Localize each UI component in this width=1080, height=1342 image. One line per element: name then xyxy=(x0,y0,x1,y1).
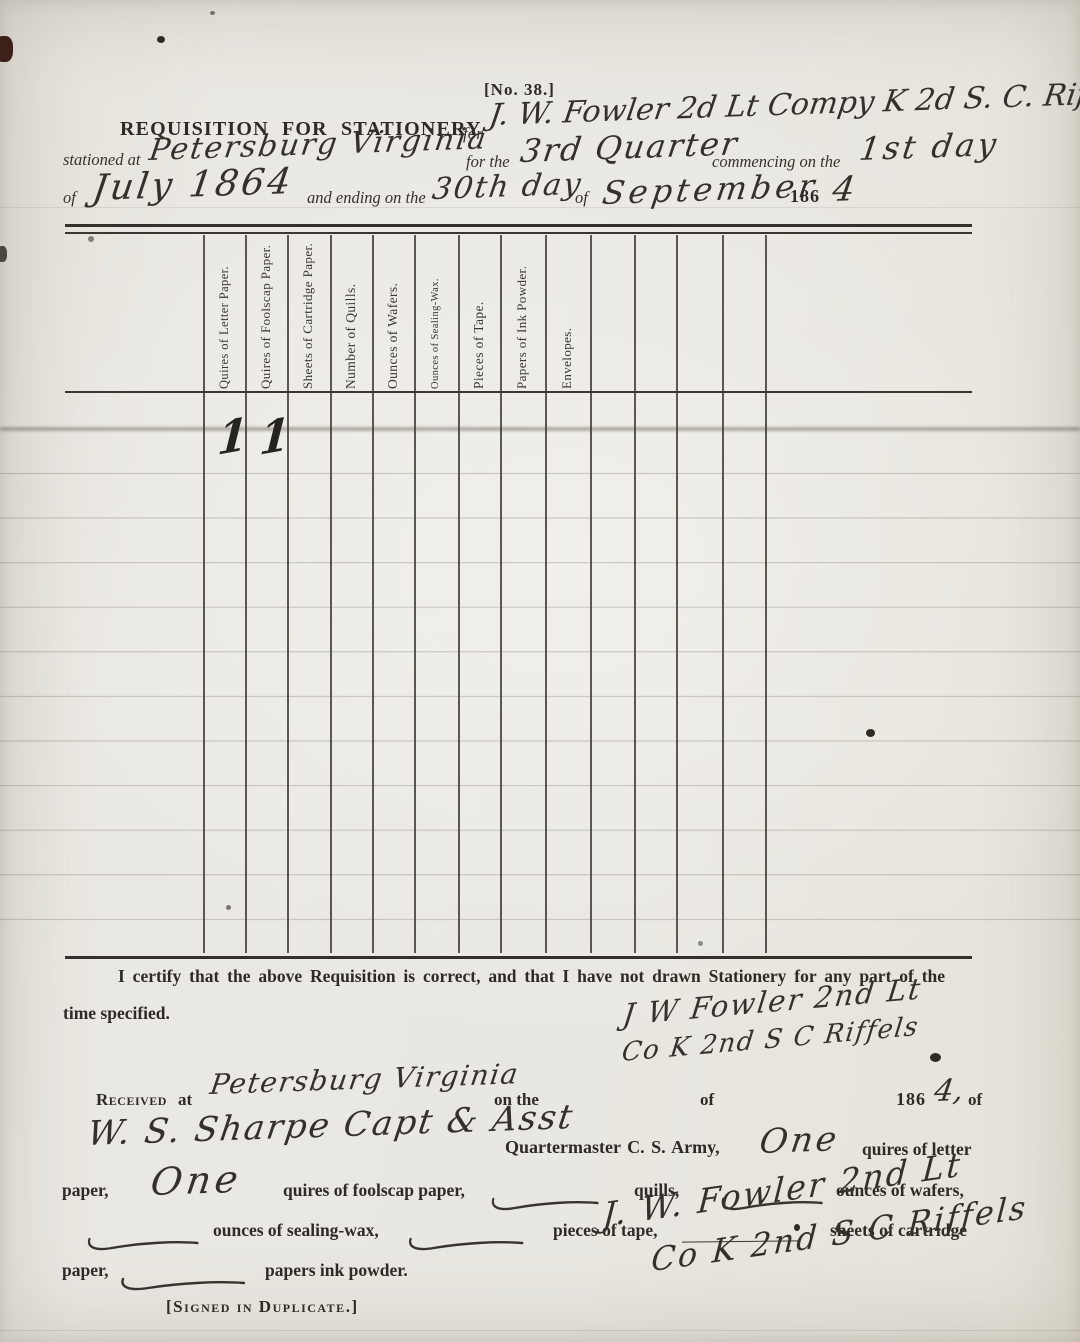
edge-stain xyxy=(0,36,13,62)
column-header-3: Number of Quills. xyxy=(332,238,370,389)
ending-label: and ending on the xyxy=(307,188,426,208)
column-header-label: Ounces of Wafers. xyxy=(385,238,400,389)
table-entry-value: 1 xyxy=(258,412,291,463)
start-month-handwritten: July 1864 xyxy=(90,161,296,209)
qty-foolscap-handwritten: One xyxy=(148,1157,245,1204)
column-header-0: Quires of Letter Paper. xyxy=(205,238,243,389)
column-header-label: Ounces of Sealing-Wax. xyxy=(430,238,442,389)
ink-powder-label: papers ink powder. xyxy=(265,1260,408,1281)
table-column-line xyxy=(722,235,724,953)
column-header-label: Papers of Ink Powder. xyxy=(515,238,530,389)
scanned-requisition-document: [No. 38.] REQUISITION FOR STATIONERY for… xyxy=(0,0,1080,1342)
ending-day-handwritten: 30th day xyxy=(430,167,585,207)
column-header-2: Sheets of Cartridge Paper. xyxy=(289,238,328,389)
table-header-bottom-line xyxy=(65,391,972,393)
column-header-label: Sheets of Cartridge Paper. xyxy=(301,238,316,389)
blank-flourish xyxy=(406,1230,526,1256)
end-month-handwritten: September xyxy=(600,167,821,212)
column-header-6: Pieces of Tape. xyxy=(460,238,498,389)
column-header-7: Papers of Ink Powder. xyxy=(502,238,543,389)
received-year-printed: 186 xyxy=(896,1089,926,1110)
ink-speck xyxy=(930,1053,941,1062)
received-label: Received xyxy=(96,1090,167,1110)
blank-flourish xyxy=(85,1230,201,1256)
signed-in-duplicate-label: [Signed in Duplicate.] xyxy=(166,1297,359,1317)
table-column-line xyxy=(590,235,592,953)
received-of-label: of xyxy=(700,1090,714,1110)
stationery-table: Quires of Letter Paper.1Quires of Foolsc… xyxy=(65,224,972,959)
officer-name-handwritten: J. W. Fowler 2d Lt Compy K 2d S. C. Rifl… xyxy=(487,76,1080,133)
certify-line2: time specified. xyxy=(63,1003,170,1024)
table-entry-value: 1 xyxy=(216,412,249,463)
blank-flourish xyxy=(118,1270,248,1296)
column-header-8: Envelopes. xyxy=(547,238,588,389)
faint-scan-line xyxy=(0,1330,1080,1331)
ink-speck xyxy=(210,11,215,15)
quartermaster-label: Quartermaster C. S. Army, xyxy=(505,1137,720,1158)
edge-stain xyxy=(0,246,7,262)
sealing-wax-label: ounces of sealing-wax, xyxy=(213,1220,379,1241)
table-column-line xyxy=(676,235,678,953)
foolscap-label: quires of foolscap paper, xyxy=(283,1180,465,1201)
column-header-label: Pieces of Tape. xyxy=(471,238,486,389)
paper-label: paper, xyxy=(62,1180,109,1201)
table-column-line xyxy=(634,235,636,953)
column-header-4: Ounces of Wafers. xyxy=(374,238,412,389)
ink-speck xyxy=(157,36,165,43)
received-year-handwritten: 4, xyxy=(932,1073,966,1109)
received-place-handwritten: Petersburg Virginia xyxy=(208,1057,521,1101)
column-header-label: Envelopes. xyxy=(560,238,575,389)
blank-flourish xyxy=(489,1190,601,1216)
quarter-handwritten: 3rd Quarter xyxy=(518,124,741,170)
year-printed: 186 xyxy=(790,186,820,207)
paper2-label: paper, xyxy=(62,1260,109,1281)
column-header-5: Ounces of Sealing-Wax. xyxy=(416,238,456,389)
table-column-line xyxy=(765,235,767,953)
table-top-double-line xyxy=(65,232,972,234)
of2-label: of xyxy=(575,188,588,208)
faint-scan-line xyxy=(0,207,1080,208)
received-of2-label: of xyxy=(968,1090,982,1110)
of-label: of xyxy=(63,188,76,208)
column-header-label: Quires of Letter Paper. xyxy=(217,238,231,389)
year-digit-handwritten: 4 xyxy=(830,169,857,210)
column-header-label: Quires of Foolscap Paper. xyxy=(259,238,274,389)
blank-flourish xyxy=(719,1190,825,1216)
column-header-1: Quires of Foolscap Paper. xyxy=(247,238,285,389)
qty-letter-handwritten: One xyxy=(757,1119,842,1162)
received-at-label: at xyxy=(178,1090,192,1110)
column-header-label: Number of Quills. xyxy=(343,238,358,389)
commencing-day-handwritten: 1st day xyxy=(857,125,1002,168)
